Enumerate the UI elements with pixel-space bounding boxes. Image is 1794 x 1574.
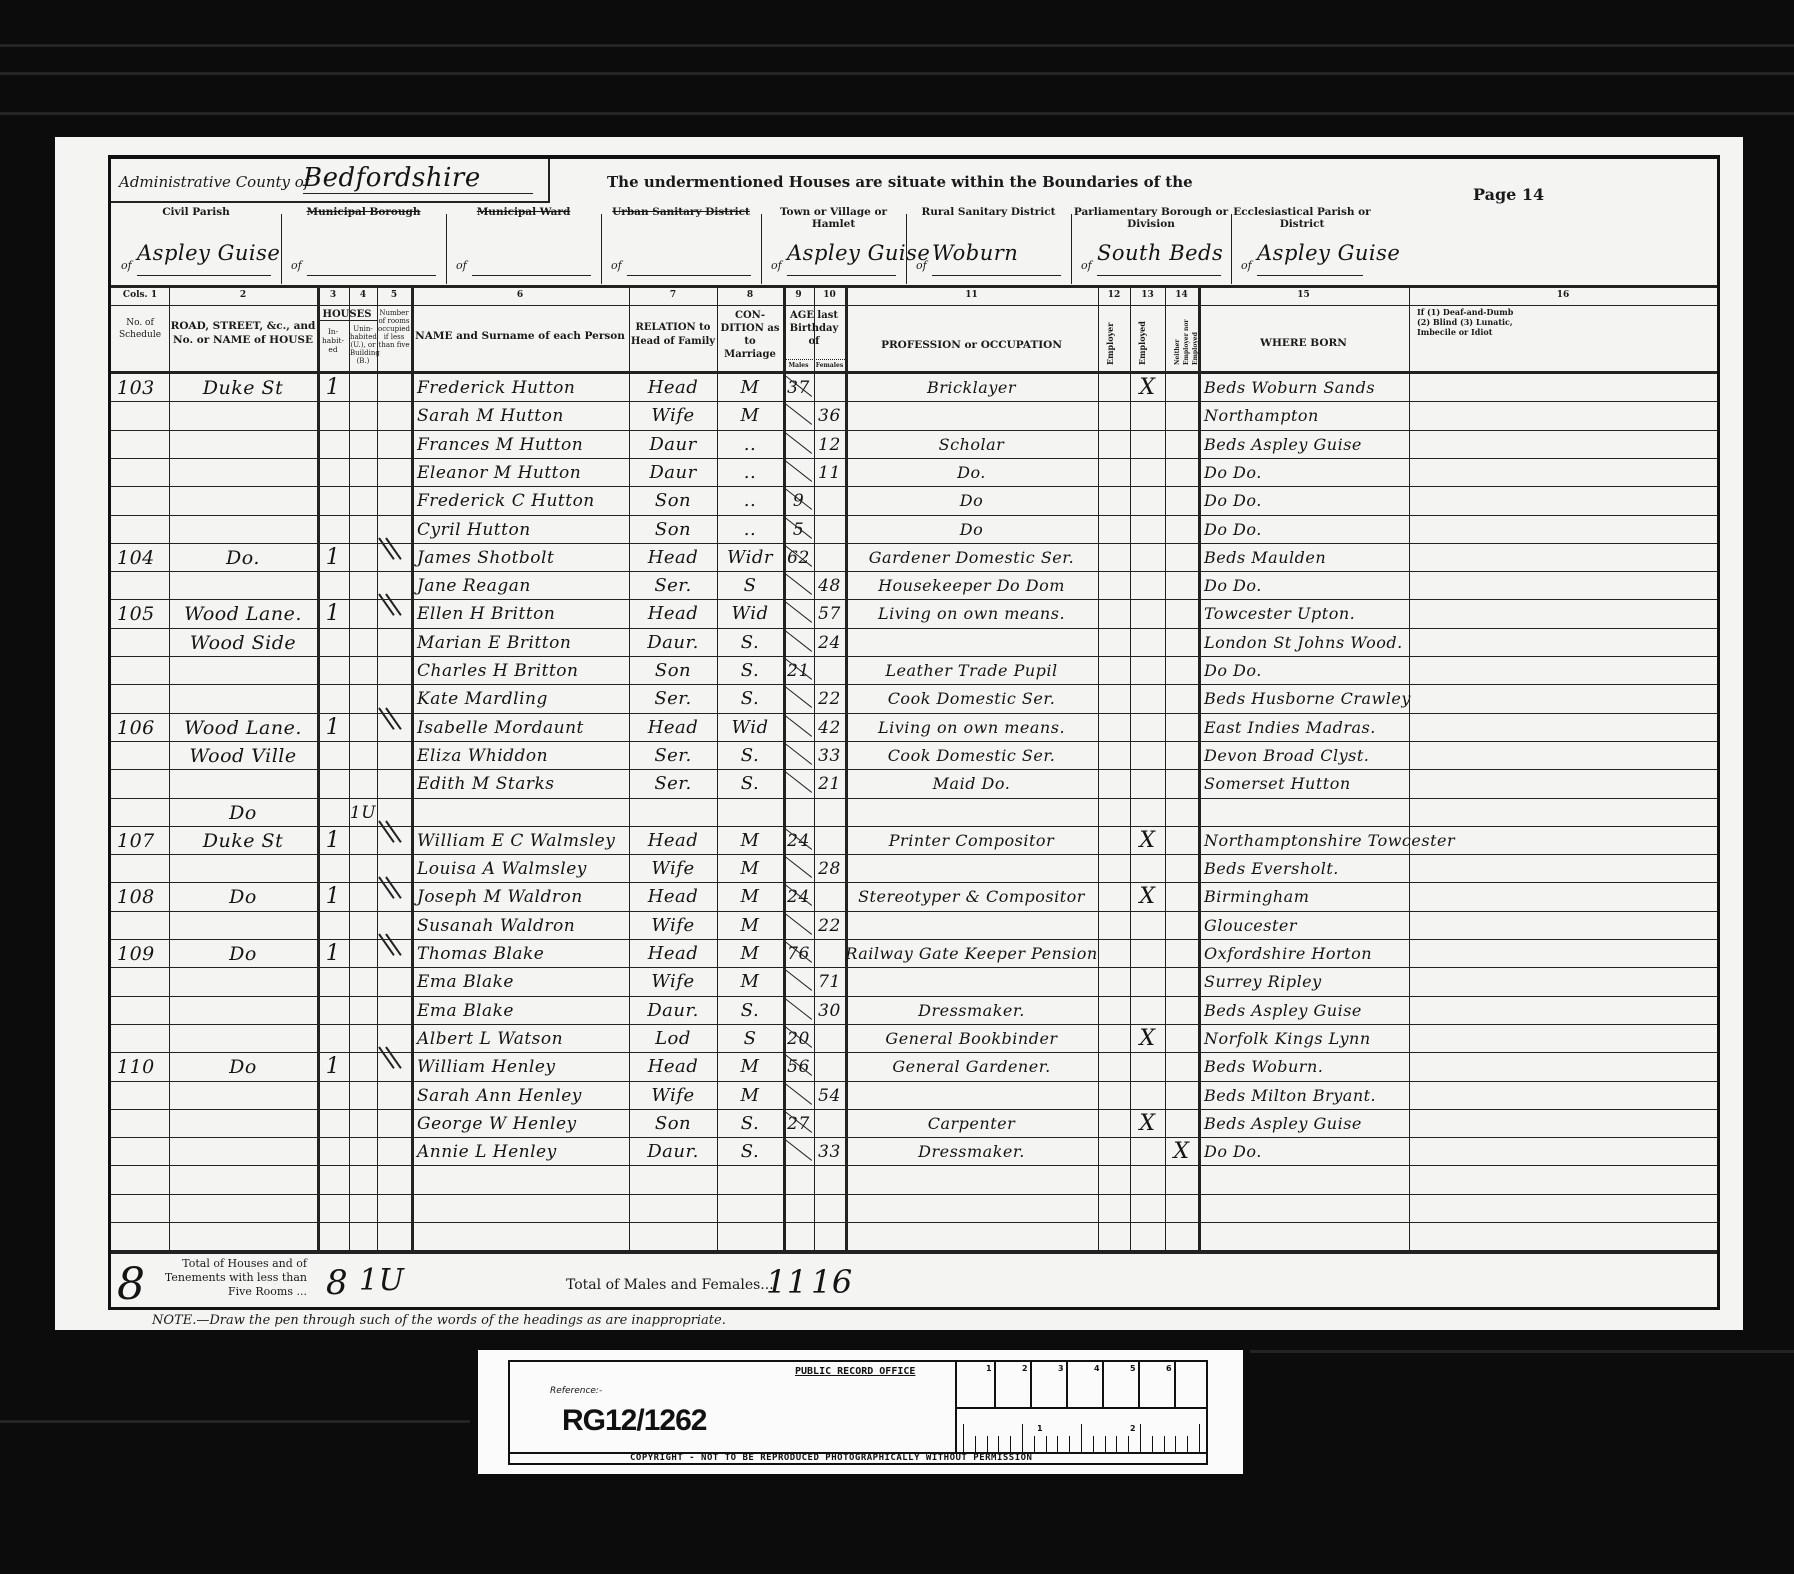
column-header: If (1) Deaf-and-Dumb (2) Blind (3) Lunat… (1417, 307, 1527, 337)
cell-inf (1415, 430, 1717, 458)
cell-inf (1415, 996, 1717, 1024)
cell-rel: Ser. (629, 741, 717, 769)
of-label: of (771, 259, 782, 272)
scale-label: 3 (1058, 1364, 1064, 1373)
cell-cond: S. (717, 1137, 783, 1165)
cell-inh: 1 (317, 713, 349, 741)
cell-rel: Ser. (629, 684, 717, 712)
district-label: Parliamentary Borough or Division (1071, 206, 1231, 230)
cell-employer (1098, 543, 1130, 571)
cell-occ (845, 854, 1098, 882)
district-value: Aspley Guise (137, 241, 271, 276)
cell-female: 71 (814, 967, 845, 995)
cell-unin: 1U (349, 798, 377, 826)
cell-inf (1415, 599, 1717, 627)
scale-tick (1046, 1436, 1047, 1452)
cell-employed (1130, 939, 1165, 967)
cell-employer (1098, 401, 1130, 429)
scale-label: 5 (1130, 1364, 1136, 1373)
cell-occ: Railway Gate Keeper Pension (845, 939, 1098, 967)
scale-tick (1105, 1436, 1106, 1452)
scale-tick (1102, 1362, 1104, 1407)
cell-rel: Son (629, 515, 717, 543)
column-header: AGE last Birthday of (783, 309, 845, 348)
of-label: of (121, 259, 132, 272)
cell-inh (317, 515, 349, 543)
cell-unin (349, 882, 377, 910)
cell-road (169, 401, 317, 429)
cell-name: Charles H Britton (417, 656, 629, 684)
row-divider (111, 1165, 1717, 1166)
cell-female (814, 656, 845, 684)
cell-occ: Leather Trade Pupil (845, 656, 1098, 684)
cell-inh (317, 401, 349, 429)
district-value: South Beds (1097, 241, 1221, 276)
column-number: 14 (1165, 290, 1198, 300)
cell-employed (1130, 1052, 1165, 1080)
cell-rooms (377, 1109, 411, 1137)
cell-rooms (377, 1137, 411, 1165)
cell-unin (349, 713, 377, 741)
cell-employed (1130, 854, 1165, 882)
cell-employer (1098, 599, 1130, 627)
household-row: Sarah M HuttonWifeM36Northampton (111, 401, 1717, 429)
cell-employer (1098, 967, 1130, 995)
column-number: 5 (377, 290, 411, 300)
cell-road (169, 967, 317, 995)
cell-employer (1098, 1024, 1130, 1052)
cell-rooms (377, 1024, 411, 1052)
cell-sched (117, 515, 169, 543)
cell-cond: S. (717, 1109, 783, 1137)
cell-employer (1098, 1052, 1130, 1080)
cell-sched (117, 911, 169, 939)
cell-neither (1165, 939, 1198, 967)
cell-occ: Living on own means. (845, 713, 1098, 741)
cell-employer (1098, 430, 1130, 458)
cell-rooms (377, 373, 411, 401)
column-number: 13 (1130, 290, 1165, 300)
cell-road (169, 486, 317, 514)
cell-rel: Head (629, 939, 717, 967)
cell-name: Isabelle Mordaunt (417, 713, 629, 741)
cell-neither (1165, 1109, 1198, 1137)
cell-inf (1415, 401, 1717, 429)
cell-sched: 106 (117, 713, 169, 741)
cell-inf (1415, 458, 1717, 486)
cell-occ (845, 911, 1098, 939)
cell-road: Wood Lane. (169, 713, 317, 741)
cell-sched: 110 (117, 1052, 169, 1080)
cell-female (814, 1052, 845, 1080)
cell-inf (1415, 911, 1717, 939)
cell-road (169, 430, 317, 458)
cell-inf (1415, 854, 1717, 882)
cell-rooms (377, 515, 411, 543)
cell-unin (349, 854, 377, 882)
cell-name: William E C Walmsley (417, 826, 629, 854)
cell-road (169, 1109, 317, 1137)
cell-neither (1165, 1052, 1198, 1080)
cell-inh (317, 967, 349, 995)
cell-occ: Bricklayer (845, 373, 1098, 401)
cell-road: Wood Ville (169, 741, 317, 769)
cell-employer (1098, 996, 1130, 1024)
cell-cond: M (717, 826, 783, 854)
cell-employer (1098, 798, 1130, 826)
cell-rel: Head (629, 882, 717, 910)
cell-rel: Daur (629, 458, 717, 486)
cell-inf (1415, 515, 1717, 543)
cell-name: Eleanor M Hutton (417, 458, 629, 486)
cell-rel: Ser. (629, 571, 717, 599)
cell-female: 21 (814, 769, 845, 797)
cell-rooms (377, 741, 411, 769)
cell-sched (117, 684, 169, 712)
scale-tick (998, 1436, 999, 1452)
cell-born: Surrey Ripley (1204, 967, 1409, 995)
cell-inf (1415, 939, 1717, 967)
cell-occ (845, 798, 1098, 826)
cell-employed: X (1130, 882, 1165, 910)
cell-inh: 1 (317, 1052, 349, 1080)
scan-artifact (0, 112, 1794, 115)
cell-rel (629, 798, 717, 826)
cell-sched (117, 1081, 169, 1109)
cell-neither (1165, 515, 1198, 543)
column-number: 15 (1198, 290, 1409, 300)
cell-rooms (377, 486, 411, 514)
district-label: Civil Parish (111, 206, 281, 218)
cell-occ: Scholar (845, 430, 1098, 458)
cell-road (169, 684, 317, 712)
cell-sched (117, 854, 169, 882)
cell-female (814, 882, 845, 910)
cell-occ: Carpenter (845, 1109, 1098, 1137)
column-header: Employer (1106, 309, 1115, 365)
cell-inf (1415, 628, 1717, 656)
household-row: George W HenleySonS.27CarpenterXBeds Asp… (111, 1109, 1717, 1137)
cell-sched (117, 430, 169, 458)
cell-occ: Printer Compositor (845, 826, 1098, 854)
column-number: 11 (845, 290, 1098, 300)
cell-occ: Do. (845, 458, 1098, 486)
scale-label: 2 (1130, 1424, 1136, 1433)
cell-name: Cyril Hutton (417, 515, 629, 543)
cell-inf (1415, 798, 1717, 826)
cell-female (814, 826, 845, 854)
household-row: Jane ReaganSer.S48Housekeeper Do DomDo D… (111, 571, 1717, 599)
cell-neither (1165, 458, 1198, 486)
cell-born: Beds Aspley Guise (1204, 996, 1409, 1024)
cell-name: Sarah M Hutton (417, 401, 629, 429)
cell-neither (1165, 713, 1198, 741)
cell-born: Oxfordshire Horton (1204, 939, 1409, 967)
cell-rel: Lod (629, 1024, 717, 1052)
cell-neither (1165, 684, 1198, 712)
cell-road: Do (169, 798, 317, 826)
cell-neither (1165, 599, 1198, 627)
cell-born: Birmingham (1204, 882, 1409, 910)
cell-employed: X (1130, 1109, 1165, 1137)
cell-born: Somerset Hutton (1204, 769, 1409, 797)
cell-inh: 1 (317, 543, 349, 571)
cell-male (783, 798, 814, 826)
cell-employed (1130, 769, 1165, 797)
column-number: 8 (717, 290, 783, 300)
cell-cond: S. (717, 656, 783, 684)
cell-unin (349, 515, 377, 543)
cell-female (814, 798, 845, 826)
scale-label: 2 (1022, 1364, 1028, 1373)
cell-rel: Head (629, 599, 717, 627)
cell-neither (1165, 656, 1198, 684)
column-header: ROAD, STREET, &c., and No. or NAME of HO… (170, 319, 316, 347)
cell-employer (1098, 713, 1130, 741)
cell-employer (1098, 1081, 1130, 1109)
cell-inh (317, 1081, 349, 1109)
cell-road (169, 458, 317, 486)
cell-rel: Head (629, 543, 717, 571)
cell-cond: M (717, 1081, 783, 1109)
row-divider (111, 1194, 1717, 1195)
district-divider (281, 214, 282, 284)
cell-born: Beds Husborne Crawley (1204, 684, 1409, 712)
cell-occ (845, 1081, 1098, 1109)
cell-employer (1098, 939, 1130, 967)
cell-unin (349, 741, 377, 769)
cell-unin (349, 967, 377, 995)
column-number: 10 (814, 290, 845, 300)
scale-label: 4 (1094, 1364, 1100, 1373)
column-header: Males (783, 361, 814, 370)
cell-inh (317, 911, 349, 939)
cell-occ: Do (845, 515, 1098, 543)
cell-cond: M (717, 939, 783, 967)
cell-name: Louisa A Walmsley (417, 854, 629, 882)
cell-occ: Housekeeper Do Dom (845, 571, 1098, 599)
cell-female: 28 (814, 854, 845, 882)
total-males: 11 (766, 1263, 808, 1301)
cell-name: Frederick Hutton (417, 373, 629, 401)
scale-tick (1138, 1362, 1140, 1407)
household-row: Ema BlakeWifeM71Surrey Ripley (111, 967, 1717, 995)
cell-rel: Head (629, 826, 717, 854)
cell-female: 12 (814, 430, 845, 458)
cell-rel: Wife (629, 911, 717, 939)
cell-rel: Daur. (629, 996, 717, 1024)
cell-rel: Ser. (629, 769, 717, 797)
column-number: 9 (783, 290, 814, 300)
cell-road (169, 515, 317, 543)
cell-employed (1130, 741, 1165, 769)
cell-rel: Daur. (629, 628, 717, 656)
cell-cond: S (717, 571, 783, 599)
cell-rel: Wife (629, 401, 717, 429)
cell-occ: General Gardener. (845, 1052, 1098, 1080)
cell-employed (1130, 911, 1165, 939)
household-row: Susanah WaldronWifeM22Gloucester (111, 911, 1717, 939)
cell-rooms (377, 401, 411, 429)
cell-name: Annie L Henley (417, 1137, 629, 1165)
cell-inh (317, 741, 349, 769)
county-box: Administrative County of Bedfordshire (111, 159, 550, 203)
cell-cond: S. (717, 684, 783, 712)
cell-sched (117, 967, 169, 995)
cell-cond: S. (717, 628, 783, 656)
cell-born: Northampton (1204, 401, 1409, 429)
cell-born: Beds Eversholt. (1204, 854, 1409, 882)
cell-female: 48 (814, 571, 845, 599)
cell-neither: X (1165, 1137, 1198, 1165)
cell-name: Frederick C Hutton (417, 486, 629, 514)
cell-neither (1165, 882, 1198, 910)
household-row: Do1U (111, 798, 1717, 826)
cell-unin (349, 1137, 377, 1165)
cell-sched: 103 (117, 373, 169, 401)
cell-female: 42 (814, 713, 845, 741)
district-value: Woburn (932, 241, 1061, 276)
cell-inh (317, 1137, 349, 1165)
cell-cond: .. (717, 486, 783, 514)
cell-unin (349, 1081, 377, 1109)
cell-unin (349, 599, 377, 627)
cell-occ: Cook Domestic Ser. (845, 684, 1098, 712)
cell-employer (1098, 911, 1130, 939)
cell-name: Jane Reagan (417, 571, 629, 599)
cell-road (169, 911, 317, 939)
cell-rooms (377, 430, 411, 458)
household-row: 105Wood Lane.1Ellen H BrittonHeadWid57Li… (111, 599, 1717, 627)
cell-cond: M (717, 401, 783, 429)
district-divider (446, 214, 447, 284)
column-number: 3 (317, 290, 349, 300)
cell-rel: Daur (629, 430, 717, 458)
cell-employer (1098, 656, 1130, 684)
scale-label: 1 (986, 1364, 992, 1373)
household-row: 103Duke St1Frederick HuttonHeadM37Brickl… (111, 373, 1717, 401)
cell-born: Beds Aspley Guise (1204, 430, 1409, 458)
cell-inh (317, 458, 349, 486)
cell-inh (317, 769, 349, 797)
cell-occ: Dressmaker. (845, 996, 1098, 1024)
cell-employed: X (1130, 826, 1165, 854)
cell-born: Beds Milton Bryant. (1204, 1081, 1409, 1109)
cell-neither (1165, 996, 1198, 1024)
cell-name: Joseph M Waldron (417, 882, 629, 910)
cell-road (169, 854, 317, 882)
cell-cond (717, 798, 783, 826)
cell-unin (349, 486, 377, 514)
cell-road: Wood Lane. (169, 599, 317, 627)
cell-inf (1415, 486, 1717, 514)
cell-occ: Cook Domestic Ser. (845, 741, 1098, 769)
cell-inf (1415, 684, 1717, 712)
copyright-notice: COPYRIGHT - NOT TO BE REPRODUCED PHOTOGR… (630, 1453, 1032, 1463)
cell-road: Duke St (169, 826, 317, 854)
cell-employed (1130, 656, 1165, 684)
cell-unin (349, 458, 377, 486)
column-header: No. of Schedule (112, 317, 168, 341)
cell-cond: M (717, 373, 783, 401)
district-label: Rural Sanitary District (906, 206, 1071, 218)
district-label: Municipal Ward (446, 206, 601, 218)
cell-employed (1130, 486, 1165, 514)
cell-rooms (377, 656, 411, 684)
cell-unin (349, 826, 377, 854)
scale-tick (1057, 1436, 1058, 1452)
cell-sched (117, 769, 169, 797)
cell-road (169, 1024, 317, 1052)
cell-rel: Wife (629, 854, 717, 882)
cell-occ: Living on own means. (845, 599, 1098, 627)
household-row: Louisa A WalmsleyWifeM28Beds Eversholt. (111, 854, 1717, 882)
office-label: PUBLIC RECORD OFFICE (795, 1366, 915, 1377)
scale-tick (1022, 1424, 1023, 1452)
cell-employer (1098, 1137, 1130, 1165)
cell-inh (317, 854, 349, 882)
cell-sched: 107 (117, 826, 169, 854)
scale-tick (1187, 1436, 1188, 1452)
cell-employed (1130, 1137, 1165, 1165)
cell-occ: Dressmaker. (845, 1137, 1098, 1165)
cell-unin (349, 1052, 377, 1080)
cell-cond: M (717, 854, 783, 882)
scale-tick (1030, 1362, 1032, 1407)
divider (111, 305, 1717, 306)
column-header: HOUSES (317, 309, 377, 321)
cell-neither (1165, 967, 1198, 995)
cell-unin (349, 1109, 377, 1137)
cell-name: William Henley (417, 1052, 629, 1080)
household-row: Frances M HuttonDaur..12ScholarBeds Aspl… (111, 430, 1717, 458)
cell-female: 24 (814, 628, 845, 656)
cell-neither (1165, 373, 1198, 401)
scale-tick (1128, 1436, 1129, 1452)
cell-employed (1130, 571, 1165, 599)
cell-occ: Stereotyper & Compositor (845, 882, 1098, 910)
cell-employer (1098, 486, 1130, 514)
column-header: Females (814, 361, 845, 370)
cell-sched (117, 458, 169, 486)
column-header: Employed (1138, 309, 1147, 365)
scale-tick (963, 1424, 964, 1452)
column-header: Unin-habited (U.), or Building (B.) (350, 325, 376, 365)
scan-artifact (0, 44, 1794, 47)
household-row: 109Do1Thomas BlakeHeadM76Railway Gate Ke… (111, 939, 1717, 967)
column-header: Number of rooms occupied if less than fi… (378, 309, 410, 349)
cell-occ: Maid Do. (845, 769, 1098, 797)
cell-occ (845, 628, 1098, 656)
cell-cond: Wid (717, 713, 783, 741)
household-row: 110Do1William HenleyHeadM56General Garde… (111, 1052, 1717, 1080)
column-number: 4 (349, 290, 377, 300)
scale-tick (1164, 1436, 1165, 1452)
cell-sched (117, 656, 169, 684)
cell-inh (317, 684, 349, 712)
cell-cond: M (717, 882, 783, 910)
cell-inf (1415, 1024, 1717, 1052)
reference-number: RG12/1262 (562, 1404, 706, 1438)
column-number: Cols. 1 (111, 290, 169, 300)
cell-neither (1165, 798, 1198, 826)
cell-female: 22 (814, 684, 845, 712)
cell-sched (117, 1024, 169, 1052)
cell-unin (349, 1024, 377, 1052)
scale-tick (1081, 1424, 1082, 1452)
scale-tick (1010, 1436, 1011, 1452)
cell-employer (1098, 1109, 1130, 1137)
